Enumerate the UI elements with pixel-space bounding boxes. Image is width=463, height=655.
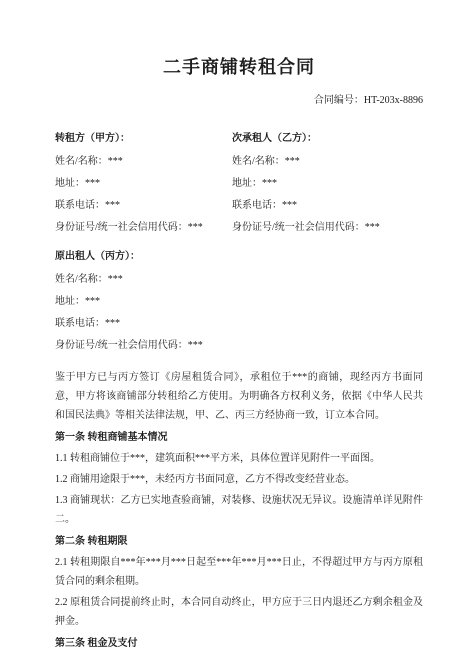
document-title: 二手商铺转租合同 bbox=[55, 54, 423, 80]
party-b-phone-field: 联系电话：*** bbox=[232, 197, 423, 215]
party-b-block: 次承租人（乙方）： 姓名/名称：*** 地址：*** 联系电话：*** 身份证号… bbox=[232, 130, 423, 241]
contract-number-value: HT-203x-8896 bbox=[364, 95, 423, 106]
party-a-phone-field: 联系电话：*** bbox=[55, 197, 232, 215]
contract-number-line: 合同编号：HT-203x-8896 bbox=[55, 94, 423, 108]
clause-1-3: 1.3 商铺现状：乙方已实地查验商铺，对装修、设施状况无异议。设施清单详见附件二… bbox=[55, 491, 423, 529]
party-a-address-field: 地址：*** bbox=[55, 175, 232, 193]
party-c-name-field: 姓名/名称：*** bbox=[55, 271, 423, 289]
clause-1-1: 1.1 转租商铺位于***，建筑面积***平方米，具体位置详见附件一平面图。 bbox=[55, 449, 423, 468]
party-b-address-field: 地址：*** bbox=[232, 175, 423, 193]
party-b-heading: 次承租人（乙方）： bbox=[232, 130, 423, 148]
clause-2-1: 2.1 转租期限自***年***月***日起至***年***月***日止，不得超… bbox=[55, 553, 423, 591]
party-a-id-field: 身份证号/统一社会信用代码：*** bbox=[55, 219, 232, 237]
party-b-name-field: 姓名/名称：*** bbox=[232, 153, 423, 171]
party-c-phone-field: 联系电话：*** bbox=[55, 315, 423, 333]
party-a-name-field: 姓名/名称：*** bbox=[55, 153, 232, 171]
party-b-id-field: 身份证号/统一社会信用代码：*** bbox=[232, 219, 423, 237]
section-3-heading: 第三条 租金及支付 bbox=[55, 634, 423, 653]
clause-2-2: 2.2 原租赁合同提前终止时，本合同自动终止，甲方应于三日内退还乙方剩余租金及押… bbox=[55, 593, 423, 631]
party-c-id-field: 身份证号/统一社会信用代码：*** bbox=[55, 337, 423, 355]
contract-number-label: 合同编号： bbox=[314, 95, 364, 106]
party-c-block: 原出租人（丙方）： 姓名/名称：*** 地址：*** 联系电话：*** 身份证号… bbox=[55, 248, 423, 355]
section-2-heading: 第二条 转租期限 bbox=[55, 532, 423, 551]
preamble-paragraph: 鉴于甲方已与丙方签订《房屋租赁合同》，承租位于***的商铺，现经丙方书面同意，甲… bbox=[55, 368, 423, 425]
contract-document-page: 二手商铺转租合同 合同编号：HT-203x-8896 转租方（甲方）： 姓名/名… bbox=[0, 0, 463, 655]
party-c-heading: 原出租人（丙方）： bbox=[55, 248, 423, 266]
parties-a-b-block: 转租方（甲方）： 姓名/名称：*** 地址：*** 联系电话：*** 身份证号/… bbox=[55, 130, 423, 241]
party-a-block: 转租方（甲方）： 姓名/名称：*** 地址：*** 联系电话：*** 身份证号/… bbox=[55, 130, 232, 241]
party-c-address-field: 地址：*** bbox=[55, 293, 423, 311]
section-1-heading: 第一条 转租商铺基本情况 bbox=[55, 428, 423, 447]
clause-1-2: 1.2 商铺用途限于***，未经丙方书面同意，乙方不得改变经营业态。 bbox=[55, 470, 423, 489]
party-a-heading: 转租方（甲方）： bbox=[55, 130, 232, 148]
